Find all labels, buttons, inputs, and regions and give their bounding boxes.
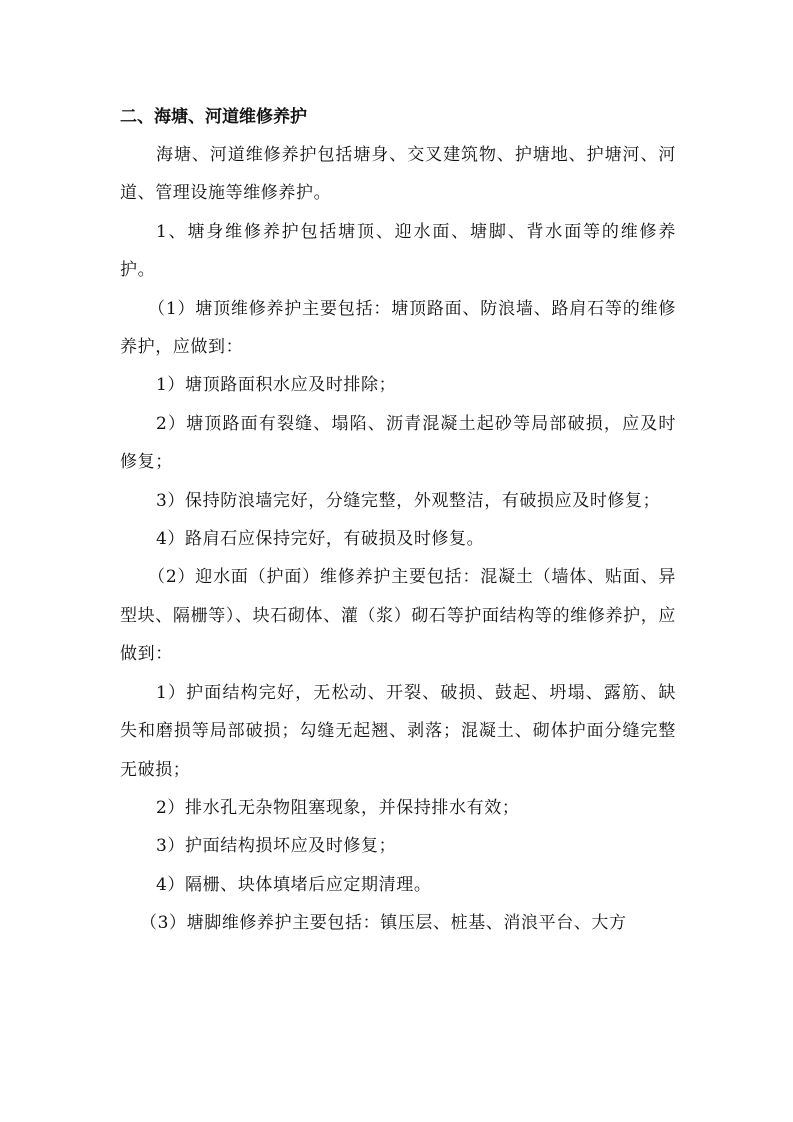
section-heading: 二、海塘、河道维修养护 (120, 106, 676, 128)
paragraph-intro: 海塘、河道维修养护包括塘身、交叉建筑物、护塘地、护塘河、河道、管理设施等维修养护… (120, 136, 676, 213)
list-item-sub-1-2: 2）塘顶路面有裂缝、塌陷、沥青混凝土起砂等局部破损，应及时修复； (120, 405, 676, 482)
document-page: 二、海塘、河道维修养护 海塘、河道维修养护包括塘身、交叉建筑物、护塘地、护塘河、… (120, 106, 676, 943)
list-item-sub-2-2: 2）排水孔无杂物阻塞现象，并保持排水有效； (120, 789, 676, 827)
list-item-sub-2-4: 4）隔栅、块体填堵后应定期清理。 (120, 866, 676, 904)
list-item-sub-2-3: 3）护面结构损坏应及时修复； (120, 827, 676, 865)
paragraph-sub-2: （2）迎水面（护面）维修养护主要包括：混凝土（墙体、贴面、异型块、隔栅等）、块石… (120, 558, 676, 673)
list-item-sub-1-3: 3）保持防浪墙完好，分缝完整，外观整洁，有破损应及时修复； (120, 482, 676, 520)
paragraph-sub-3: （3）塘脚维修养护主要包括：镇压层、桩基、消浪平台、大方 (120, 904, 676, 942)
paragraph-sub-1: （1）塘顶维修养护主要包括：塘顶路面、防浪墙、路肩石等的维修养护，应做到： (120, 290, 676, 367)
list-item-sub-1-1: 1）塘顶路面积水应及时排除； (120, 366, 676, 404)
list-item-sub-2-1: 1）护面结构完好，无松动、开裂、破损、鼓起、坍塌、露筋、缺失和磨损等局部破损；勾… (120, 674, 676, 789)
list-item-sub-1-4: 4）路肩石应保持完好，有破损及时修复。 (120, 520, 676, 558)
paragraph-item-1: 1、塘身维修养护包括塘顶、迎水面、塘脚、背水面等的维修养护。 (120, 213, 676, 290)
